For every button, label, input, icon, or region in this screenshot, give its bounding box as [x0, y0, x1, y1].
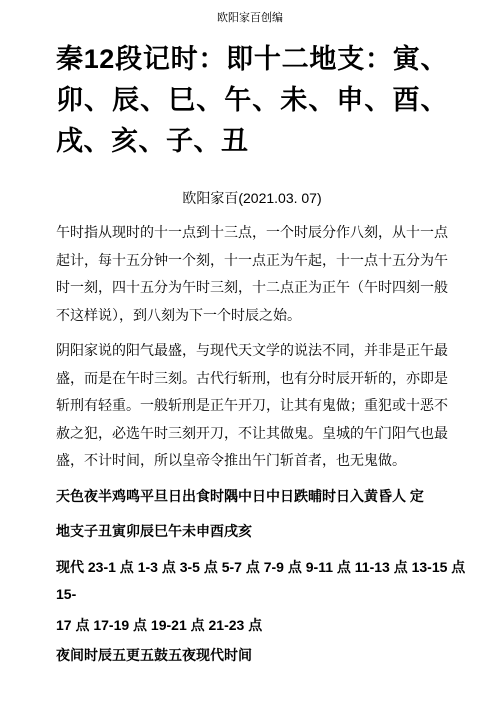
document-title-line: 戌、亥、子、丑 [56, 121, 448, 162]
document-content: 秦12段记时：即十二地支：寅、 卯、辰、巳、午、未、申、酉、 戌、亥、子、丑 欧… [56, 39, 448, 670]
body-text: 午时指从现时的十一点到十三点，一个时辰分作八刻，从十一点 起计，每十五分钟一个刻… [56, 219, 448, 670]
document-title-line: 卯、辰、巳、午、未、申、酉、 [56, 80, 448, 121]
byline: 欧阳家百(2021.03. 07) [56, 188, 448, 208]
paragraph-sky-color-names: 天色夜半鸡鸣平旦日出食时隅中日中日跌晡时日入黄昏人 定 [56, 483, 448, 511]
paragraph-noon-explanation: 午时指从现时的十一点到十三点，一个时辰分作八刻，从十一点 起计，每十五分钟一个刻… [56, 219, 448, 329]
paragraph-modern-hours-continued: 17 点 17-19 点 19-21 点 21-23 点 [56, 612, 448, 640]
author-watermark: 欧阳家百创编 [0, 0, 500, 25]
document-page: 欧阳家百创编 秦12段记时：即十二地支：寅、 卯、辰、巳、午、未、申、酉、 戌、… [0, 0, 500, 707]
paragraph-yinyang-execution: 阴阳家说的阳气最盛，与现代天文学的说法不同，并非是正午最 盛，而是在午时三刻。古… [56, 337, 448, 475]
document-title: 秦12段记时：即十二地支：寅、 卯、辰、巳、午、未、申、酉、 戌、亥、子、丑 [56, 39, 448, 162]
paragraph-earthly-branches: 地支子丑寅卯辰巳午未申酉戌亥 [56, 518, 448, 546]
paragraph-modern-hours: 现代 23-1 点 1-3 点 3-5 点 5-7 点 7-9 点 9-11 点… [56, 554, 448, 609]
paragraph-night-watches: 夜间时辰五更五鼓五夜现代时间 [56, 642, 448, 670]
document-title-line: 秦12段记时：即十二地支：寅、 [56, 39, 448, 80]
